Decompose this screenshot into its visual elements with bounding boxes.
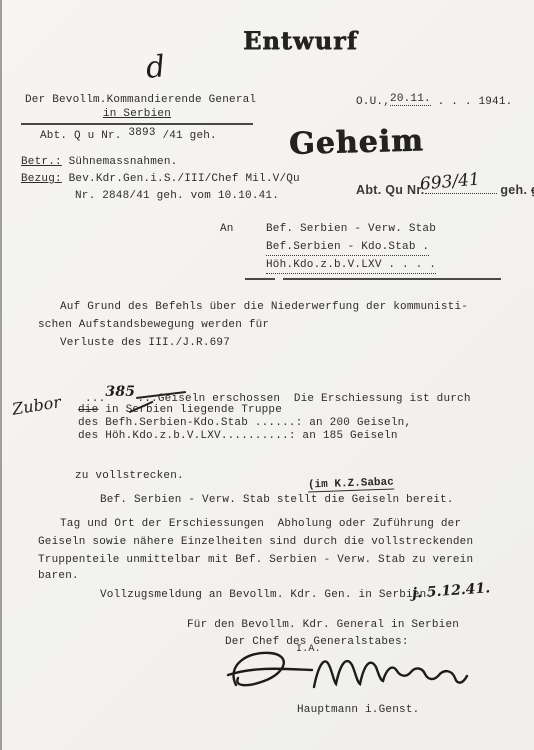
exec-line-4: des Höh.Kdo.z.b.V.LXV..........: an 185 … (78, 429, 398, 443)
subject-text: Sühnemassnahmen. (62, 156, 178, 168)
ref-number-line: Abt. Q u Nr. 3893 /41 geh. (40, 129, 217, 143)
entwurf-draft-stamp: Entwurf (243, 26, 358, 55)
scanned-document-page: Entwurf d Der Bevollm.Kommandierende Gen… (0, 0, 534, 750)
ref-suffix: /41 geh. (156, 130, 217, 142)
signer-rank-line: Hauptmann i.Genst. (297, 703, 419, 717)
paragraph2-line3: Truppenteile unmittelbar mit Bef. Serbie… (38, 553, 473, 567)
recipients-rule-short (245, 278, 275, 280)
sender-line-2: in Serbien (25, 107, 249, 121)
signature-scrawl (222, 645, 472, 705)
paragraph1-line1: Auf Grund des Befehls über die Niederwer… (60, 300, 468, 314)
reference-text: Bev.Kdr.Gen.i.S./III/Chef Mil.V/Qu (62, 173, 300, 185)
subject-label: Betr.: (21, 156, 62, 168)
paragraph1-line2: schen Aufstandsbewegung werden für (38, 318, 269, 332)
recipient-line-kdo-stab: Bef.Serbien - Kdo.Stab . (266, 240, 429, 256)
date-dots: . . . (431, 96, 479, 108)
margin-note-handwritten: Zubor (11, 392, 62, 418)
paragraph1-line3: Verluste des III./J.R.697 (60, 336, 230, 350)
paragraph2-line1: Tag und Ort der Erschiessungen Abholung … (60, 517, 461, 531)
exec-count-handwritten: 385 (105, 385, 137, 399)
vollstrecken-line: zu vollstrecken. (75, 469, 184, 483)
recipients-rule-long (283, 278, 501, 280)
paragraph2-line4: baren. (38, 569, 79, 583)
sender-line-1: Der Bevollm.Kommandierende General (25, 93, 256, 107)
qu-stamp-geh: geh. (500, 183, 527, 197)
bereit-line: Bef. Serbien - Verw. Stab stellt die Gei… (100, 493, 454, 507)
recipient-line-hoeh-kdo: Höh.Kdo.z.b.V.LXV . . . . (266, 258, 436, 274)
date-filled: 20.11. (390, 93, 431, 106)
qu-stamp-prefix: Abt. Qu Nr. (356, 183, 425, 197)
reference-line-2: Nr. 2848/41 geh. vom 10.10.41. (75, 189, 279, 203)
signature-authority-line: Für den Bevollm. Kdr. General in Serbien (187, 618, 459, 632)
handwritten-date-addition: j. 5.12.41. (412, 580, 491, 601)
exec-line-2-text: in Serbien liegende Truppe (98, 404, 282, 416)
date-place: O.U., (356, 96, 390, 108)
vollzugsmeldung-line: Vollzugsmeldung an Bevollm. Kdr. Gen. in… (100, 588, 433, 602)
reference-label: Bezug: (21, 173, 62, 185)
an-label: An (220, 222, 234, 236)
exec-line-2-struck-die: die (78, 404, 98, 416)
geheim-secret-stamp: Geheim (289, 123, 425, 162)
reference-line-1: Bezug: Bev.Kdr.Gen.i.S./III/Chef Mil.V/Q… (21, 172, 300, 186)
subject-line: Betr.: Sühnemassnahmen. (21, 155, 177, 169)
kz-sabac-insertion: (im K.Z.Sabac (308, 477, 394, 493)
ref-prefix: Abt. Q u Nr. (40, 130, 128, 142)
exec-line-2: die in Serbien liegende Truppe (78, 403, 282, 417)
paragraph2-line2: Geiseln sowie nähere Einzelheiten sind d… (38, 535, 473, 549)
handwritten-d-mark: d (144, 49, 167, 86)
date-line: O.U.,20.11. . . . 1941. (356, 95, 512, 109)
exec-line-3: des Befh.Serbien-Kdo.Stab ......: an 200… (78, 416, 411, 430)
date-year: 1941. (478, 96, 512, 108)
sender-underline-rule (21, 123, 253, 125)
ref-number: 3893 (128, 127, 155, 139)
recipient-line-verw-stab: Bef. Serbien - Verw. Stab (266, 222, 436, 236)
